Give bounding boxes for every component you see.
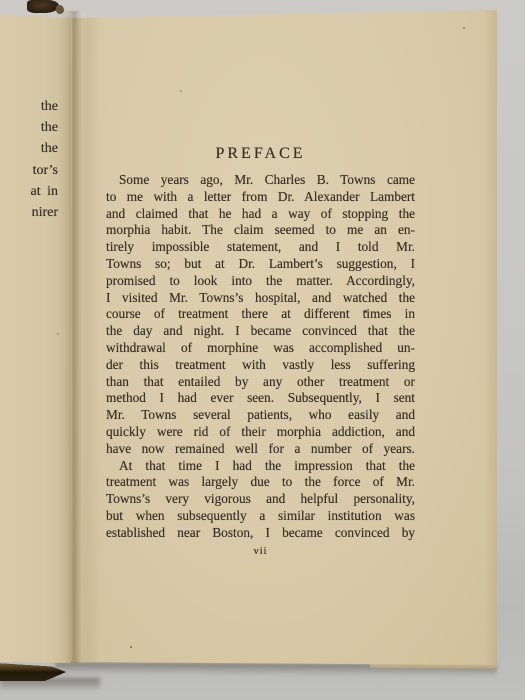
left-page-text-fragment: at in: [0, 181, 58, 202]
left-page-text-fragment: nirer: [0, 202, 58, 223]
text-line: der this treatment with vastly less suff…: [106, 357, 415, 374]
left-page-text-fragment: the: [0, 96, 58, 117]
text-line: quickly were rid of their morphia addict…: [106, 424, 415, 441]
text-line: Some years ago, Mr. Charles B. Towns cam…: [106, 172, 415, 189]
text-line: than that entailed by any other treatmen…: [106, 374, 415, 391]
text-line: but when subsequently a similar institut…: [106, 508, 415, 525]
spine-headband-fragment: [27, 0, 59, 13]
page-number: vii: [106, 545, 415, 558]
left-page-text-fragment: tor’s: [0, 160, 58, 181]
text-line: method I had ever seen. Subsequently, I …: [106, 390, 415, 407]
page-speck: [365, 310, 367, 313]
text-line: have now remained well for a number of y…: [106, 441, 415, 458]
text-line: and claimed that he had a way of stoppin…: [106, 206, 415, 223]
page-speck: [57, 333, 59, 335]
text-line: Towns’s very vigorous and helpful person…: [106, 491, 415, 508]
page-title: PREFACE: [106, 145, 415, 163]
left-page-text-fragment: the: [0, 138, 58, 159]
left-page-fragments: thethethetor’sat innirer: [0, 96, 58, 223]
text-line: established near Boston, I became convin…: [106, 525, 415, 542]
text-line: tirely impossible statement, and I told …: [106, 239, 415, 256]
page-speck: [463, 27, 465, 29]
body-text: Some years ago, Mr. Charles B. Towns cam…: [106, 172, 415, 542]
text-line: At that time I had the impression that t…: [106, 458, 415, 475]
spine-fragment: [56, 5, 64, 14]
text-line: promised to look into the matter. Accord…: [106, 273, 415, 290]
text-block: PREFACE Some years ago, Mr. Charles B. T…: [106, 145, 415, 558]
text-line: morphia habit. The claim seemed to me an…: [106, 222, 415, 239]
text-line: course of treatment there at different t…: [106, 306, 415, 323]
text-line: to me with a letter from Dr. Alexander L…: [106, 189, 415, 206]
text-line: Towns so; but at Dr. Lambert’s suggestio…: [106, 256, 415, 273]
page-speck: [180, 90, 182, 92]
text-line: the day and night. I became convinced th…: [106, 323, 415, 340]
preface-page: PREFACE Some years ago, Mr. Charles B. T…: [72, 10, 497, 665]
text-line: withdrawal of morphine was accomplished …: [106, 340, 415, 357]
text-line: Mr. Towns several patients, who easily a…: [106, 407, 415, 424]
text-line: I visited Mr. Towns’s hospital, and watc…: [106, 290, 415, 307]
left-page-text-fragment: the: [0, 117, 58, 138]
text-line: treatment was largely due to the force o…: [106, 474, 415, 491]
page-speck: [130, 646, 132, 648]
left-page: thethethetor’sat innirer: [0, 12, 71, 663]
book-photo: thethethetor’sat innirer PREFACE Some ye…: [0, 0, 525, 700]
